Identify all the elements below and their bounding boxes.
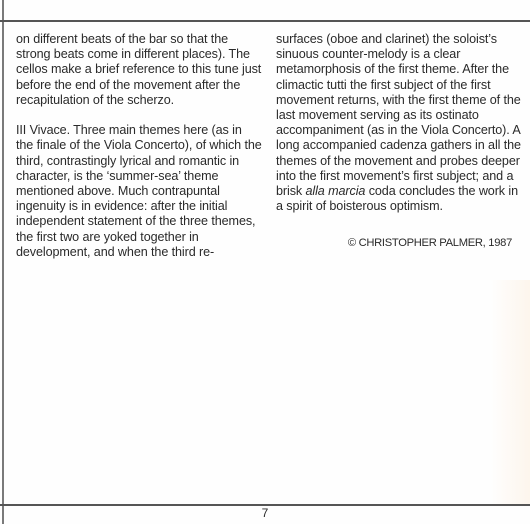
italic-term-alla-marcia: alla marcia (306, 184, 366, 198)
left-paragraph-1: on different beats of the bar so that th… (16, 32, 262, 108)
author-credit: © CHRISTOPHER PALMER, 1987 (276, 237, 512, 249)
top-rule (0, 20, 530, 22)
paper-tint (490, 280, 530, 504)
right-column: surfaces (oboe and clarinet) the soloist… (276, 32, 524, 214)
booklet-page: on different beats of the bar so that th… (0, 0, 530, 524)
left-margin-rule (2, 0, 4, 524)
left-column: on different beats of the bar so that th… (16, 32, 262, 260)
page-number: 7 (0, 506, 530, 520)
left-paragraph-2: III Vivace. Three main themes here (as i… (16, 123, 262, 260)
right-paragraph: surfaces (oboe and clarinet) the soloist… (276, 32, 524, 214)
right-paragraph-text-1: surfaces (oboe and clarinet) the soloist… (276, 32, 521, 198)
